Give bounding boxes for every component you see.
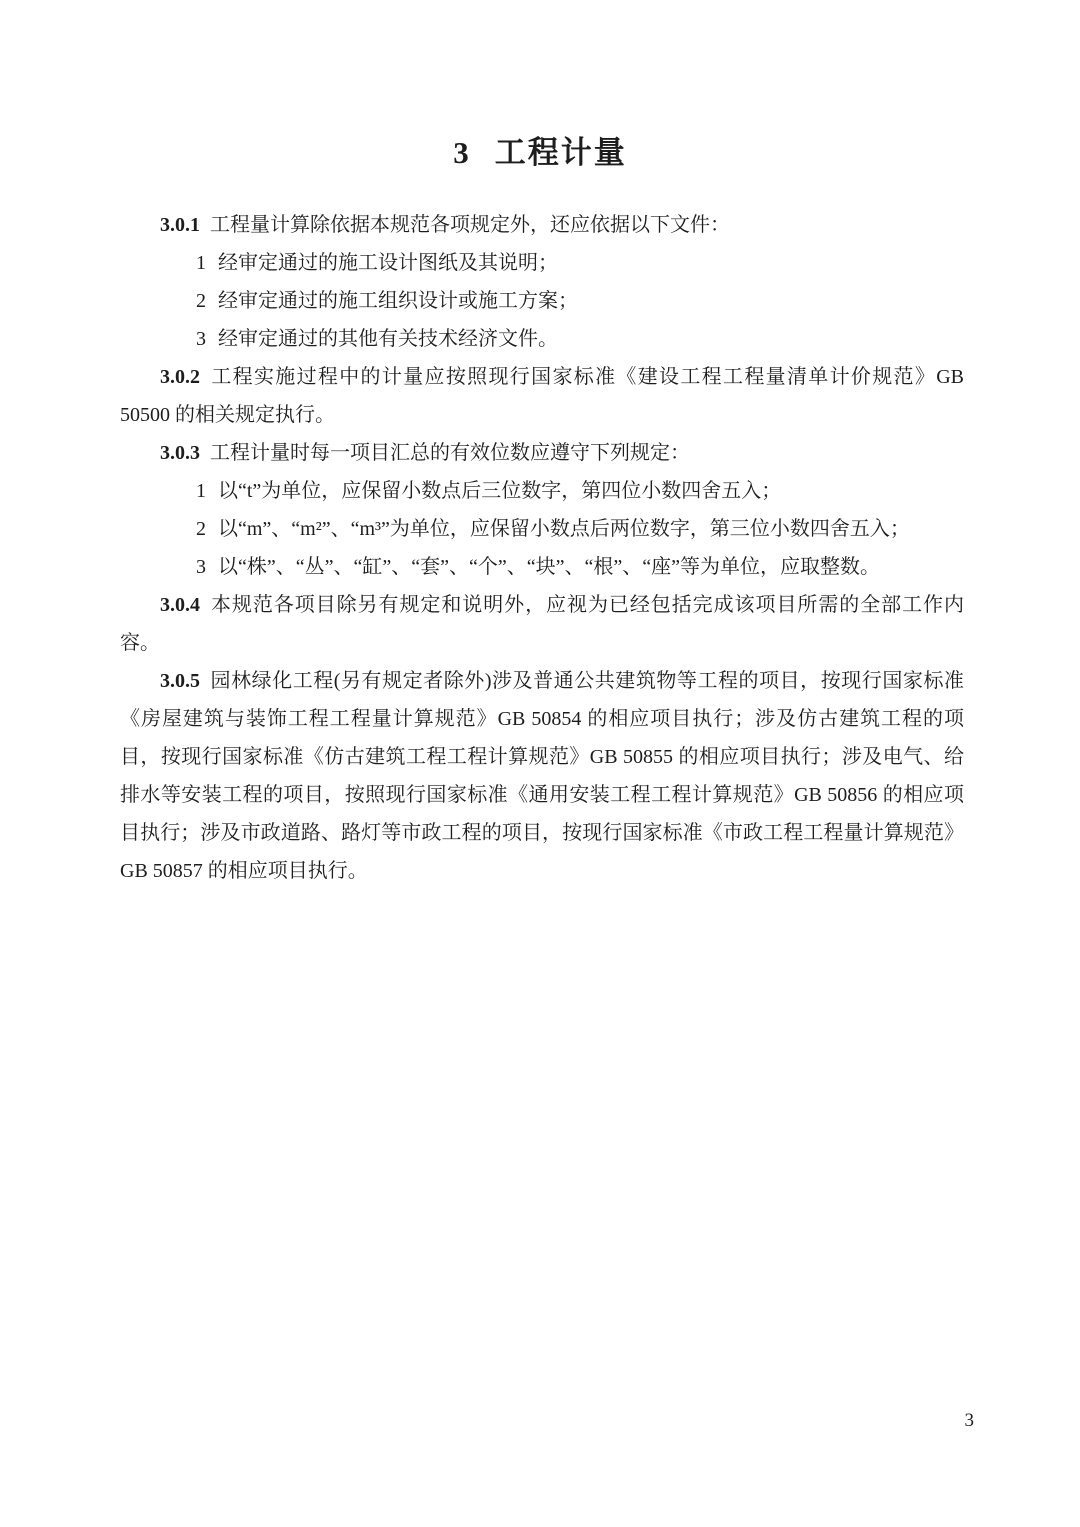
- item-number: 1: [196, 480, 206, 502]
- clause-number: 3.0.2: [160, 366, 200, 388]
- clause-3-0-3-item-2: 2以“m”、“m²”、“m³”为单位，应保留小数点后两位数字，第三位小数四舍五入…: [120, 510, 964, 548]
- clause-text: 工程实施过程中的计量应按照现行国家标准《建设工程工程量清单计价规范》GB 505…: [120, 366, 964, 426]
- clause-3-0-5: 3.0.5园林绿化工程(另有规定者除外)涉及普通公共建筑物等工程的项目，按现行国…: [120, 662, 964, 890]
- clause-3-0-1-item-3: 3经审定通过的其他有关技术经济文件。: [120, 320, 964, 358]
- chapter-heading: 3工程计量: [0, 0, 1080, 174]
- chapter-title-text: 工程计量: [495, 135, 627, 170]
- clause-number: 3.0.5: [160, 670, 200, 692]
- item-number: 2: [196, 290, 206, 312]
- clause-3-0-1: 3.0.1工程量计算除依据本规范各项规定外，还应依据以下文件：: [120, 206, 964, 244]
- item-number: 1: [196, 252, 206, 274]
- item-number: 2: [196, 518, 206, 540]
- item-text: 经审定通过的施工设计图纸及其说明；: [218, 252, 558, 274]
- clause-3-0-3-item-1: 1以“t”为单位，应保留小数点后三位数字，第四位小数四舍五入；: [120, 472, 964, 510]
- clause-3-0-3-item-3: 3以“株”、“丛”、“缸”、“套”、“个”、“块”、“根”、“座”等为单位，应取…: [120, 548, 964, 586]
- item-number: 3: [196, 556, 206, 578]
- page-number: 3: [965, 1410, 975, 1432]
- item-text: 以“m”、“m²”、“m³”为单位，应保留小数点后两位数字，第三位小数四舍五入；: [218, 518, 910, 540]
- item-text: 经审定通过的其他有关技术经济文件。: [218, 328, 558, 350]
- item-text: 以“株”、“丛”、“缸”、“套”、“个”、“块”、“根”、“座”等为单位，应取整…: [218, 556, 880, 578]
- clause-3-0-4: 3.0.4本规范各项目除另有规定和说明外，应视为已经包括完成该项目所需的全部工作…: [120, 586, 964, 662]
- chapter-number: 3: [453, 135, 469, 170]
- clause-number: 3.0.1: [160, 214, 200, 236]
- clause-3-0-1-item-2: 2经审定通过的施工组织设计或施工方案；: [120, 282, 964, 320]
- clause-text: 园林绿化工程(另有规定者除外)涉及普通公共建筑物等工程的项目，按现行国家标准《房…: [120, 670, 964, 882]
- clause-text: 工程计量时每一项目汇总的有效位数应遵守下列规定：: [210, 442, 690, 464]
- clause-3-0-3: 3.0.3工程计量时每一项目汇总的有效位数应遵守下列规定：: [120, 434, 964, 472]
- clause-text: 工程量计算除依据本规范各项规定外，还应依据以下文件：: [210, 214, 730, 236]
- clause-3-0-2: 3.0.2工程实施过程中的计量应按照现行国家标准《建设工程工程量清单计价规范》G…: [120, 358, 964, 434]
- item-text: 以“t”为单位，应保留小数点后三位数字，第四位小数四舍五入；: [218, 480, 781, 502]
- clause-number: 3.0.3: [160, 442, 200, 464]
- document-body: 3.0.1工程量计算除依据本规范各项规定外，还应依据以下文件： 1经审定通过的施…: [120, 206, 964, 890]
- item-number: 3: [196, 328, 206, 350]
- clause-text: 本规范各项目除另有规定和说明外，应视为已经包括完成该项目所需的全部工作内容。: [120, 594, 964, 654]
- document-page: 3工程计量 3.0.1工程量计算除依据本规范各项规定外，还应依据以下文件： 1经…: [0, 0, 1080, 1527]
- item-text: 经审定通过的施工组织设计或施工方案；: [218, 290, 578, 312]
- clause-number: 3.0.4: [160, 594, 200, 616]
- clause-3-0-1-item-1: 1经审定通过的施工设计图纸及其说明；: [120, 244, 964, 282]
